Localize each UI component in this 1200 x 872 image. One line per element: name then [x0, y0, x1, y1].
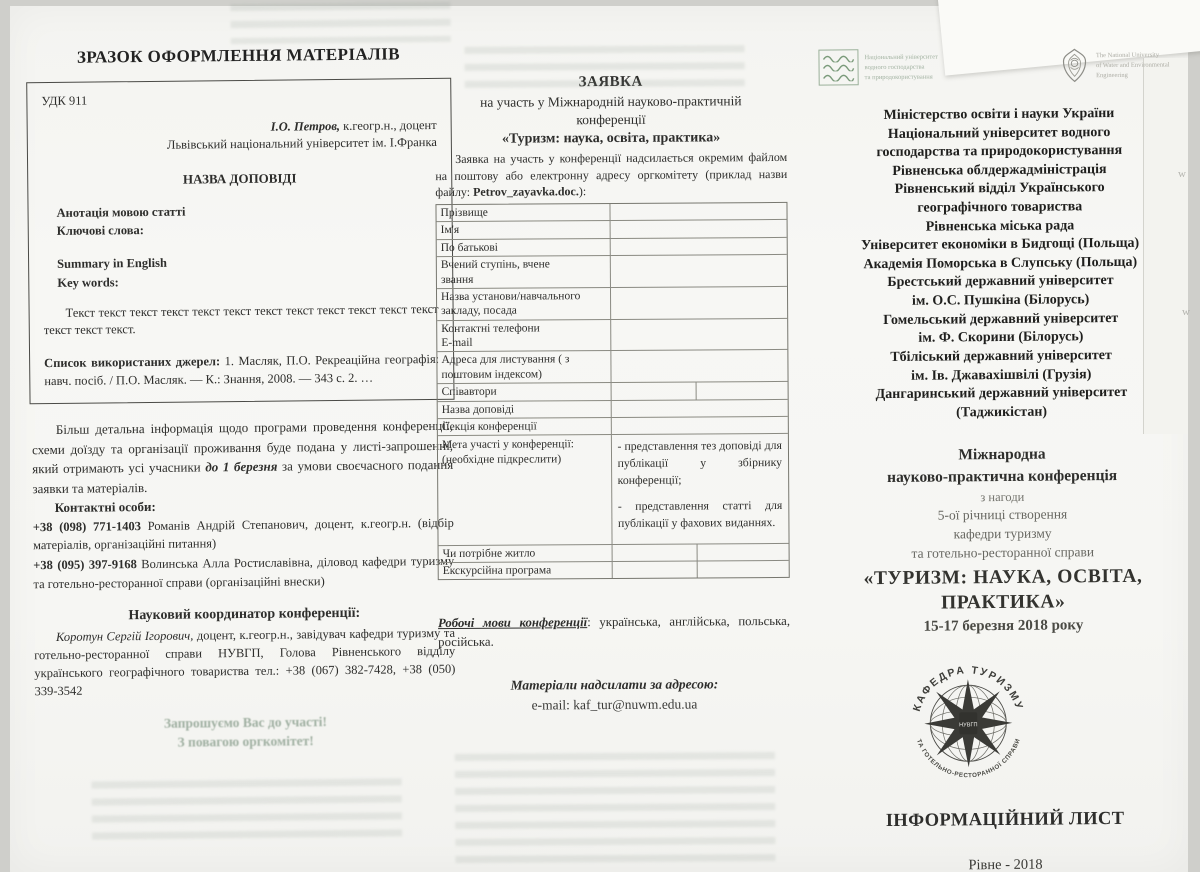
row-label-line2: закладу, посада: [441, 303, 606, 318]
conference-name: «Туризм: наука, освіта, практика»: [435, 130, 787, 148]
sample-author-name: І.О. Петров,: [271, 118, 340, 133]
seal-center-text: НУВГП: [959, 722, 977, 728]
scanned-leaflet: { "left": { "title": "ЗРАЗОК ОФОРМЛЕННЯ …: [0, 0, 1200, 872]
university-crest-icon: [1060, 47, 1090, 83]
organizers-list: Міністерство освіти і науки України Наці…: [805, 104, 1196, 424]
goal-options-cell: - представлення тез доповіді для публіка…: [611, 434, 788, 544]
row-label: По батькові: [437, 239, 611, 256]
row-label: Чи потрібне житло: [439, 545, 613, 562]
sample-references: Список використаних джерел: 1. Масляк, П…: [44, 350, 439, 392]
contact-phone: +38 (098) 771-1403: [33, 519, 141, 534]
application-form-panel: ЗАЯВКА на участь у Міжнародній науково-п…: [435, 45, 792, 864]
coordinator-info: Коротун Сергій Ігорович, доцент, к.геогр…: [34, 623, 456, 700]
row-label: Ім'я: [437, 221, 611, 238]
sample-author-degree: к.геогр.н., доцент: [340, 117, 437, 132]
sample-body-text: Текст текст текст текст текст текст текс…: [44, 301, 439, 340]
university-logo-en-caption: The National University of Water and Env…: [1096, 47, 1170, 81]
table-row-participation-goal: Мета участі у конференції: (необхідне пі…: [438, 433, 789, 545]
table-row: Назва установи/навчальногозакладу, посад…: [437, 286, 787, 320]
goal-option-2: - представлення статті для публікації у …: [618, 496, 783, 531]
contact-person: +38 (098) 771-1403 Романів Андрій Степан…: [33, 514, 454, 555]
table-row: Назва доповіді: [438, 398, 788, 418]
organizer-line: (Таджикістан): [808, 402, 1196, 424]
caption-line: of Water and Environmental: [1096, 60, 1170, 70]
invitation-line2: З повагою оргкомітет!: [33, 731, 458, 754]
university-logo-ua-group: Національний університет водного господа…: [818, 49, 938, 86]
sample-materials-title: ЗРАЗОК ОФОРМЛЕННЯ МАТЕРІАЛІВ: [26, 44, 451, 68]
water-waves-logo-icon: [818, 49, 858, 85]
row-label: Назва доповіді: [438, 401, 612, 418]
details-paragraph: Більш детальна інформація щодо програми …: [32, 416, 454, 498]
place-and-year: Рівне - 2018: [811, 856, 1199, 872]
application-subtitle: на участь у Міжнародній науково-практичн…: [435, 92, 787, 131]
information-letter-title: ІНФОРМАЦІЙНИЙ ЛИСТ: [811, 809, 1199, 833]
university-logo-en-group: The National University of Water and Env…: [1060, 47, 1170, 84]
row-label: Прізвище: [436, 204, 610, 221]
row-label-line1: Вчений ступінь, вчене: [441, 257, 606, 272]
coordinator-heading: Науковий координатор конференції:: [32, 604, 457, 624]
caption-line: водного господарства: [865, 62, 939, 72]
invitation-text: Запрошуємо Вас до участі! З повагою оргк…: [33, 712, 458, 754]
conference-title-line2: ПРАКТИКА»: [809, 588, 1197, 617]
bleed-through-text: [465, 45, 745, 91]
table-row: Чи потрібне житло: [439, 543, 789, 563]
bleed-through-text: [230, 2, 450, 44]
caption-line: Engineering: [1096, 70, 1170, 80]
row-value-cell: [610, 238, 787, 255]
row-label: Секція конференції: [438, 418, 612, 435]
table-row: Прізвище: [436, 203, 786, 222]
table-row: Ім'я: [437, 219, 787, 239]
caption-line: та природокористування: [865, 72, 939, 82]
coordinator-name: Коротун Сергій Ігорович,: [56, 628, 193, 643]
row-label: Мета участі у конференції: (необхідне пі…: [438, 435, 612, 545]
row-value-cell: [610, 255, 787, 287]
conference-title-block: Міжнародна науково-практична конференція…: [808, 443, 1198, 637]
row-label-line1: Назва установи/навчального: [441, 289, 606, 304]
department-seal: НУВГП КАФЕДРА ТУРИЗМУ ТА ГОТЕЛЬНО-РЕСТОР…: [902, 657, 1035, 790]
row-value-cell: [611, 399, 788, 416]
row-value-cell: [611, 417, 788, 434]
table-row: Вчений ступінь, вченезвання: [437, 254, 787, 288]
bleed-through-text: [91, 778, 402, 843]
conference-title-line1: «ТУРИЗМ: НАУКА, ОСВІТА,: [809, 563, 1197, 592]
goal-option-1: - представлення тез доповіді для публіка…: [617, 437, 782, 489]
row-label: Вчений ступінь, вченезвання: [437, 256, 611, 288]
bleed-through-text: [455, 752, 776, 864]
logos-row: Національний університет водного господа…: [804, 46, 1192, 101]
row-value-cell: [610, 203, 787, 220]
sample-keywords-en-label: Key words:: [57, 270, 438, 293]
table-row: Адреса для листування ( зпоштовим індекс…: [437, 349, 787, 383]
row-value-cell: [610, 220, 787, 237]
conference-main-title: «ТУРИЗМ: НАУКА, ОСВІТА, ПРАКТИКА»: [809, 563, 1197, 617]
udk-code: УДК 911: [41, 89, 436, 111]
row-label: Співавтори: [438, 383, 612, 400]
row-value-cell: [696, 382, 788, 399]
row-value-cell: [612, 544, 697, 561]
sample-materials-panel: ЗРАЗОК ОФОРМЛЕННЯ МАТЕРІАЛІВ УДК 911 І.О…: [26, 44, 459, 844]
row-label: Назва установи/навчальногозакладу, посад…: [437, 288, 611, 320]
languages-label: Робочі мови конференції: [438, 616, 587, 631]
row-label: Контактні телефониE-mail: [437, 320, 611, 352]
conference-dates: 15-17 березня 2018 року: [809, 617, 1197, 637]
row-value-cell: [611, 319, 788, 351]
row-label-line1: Контактні телефони: [441, 321, 606, 336]
subtitle-line1: на участь у Міжнародній науково-практичн…: [435, 92, 787, 112]
caption-line: The National University: [1096, 51, 1170, 61]
table-row: Контактні телефониE-mail: [437, 318, 787, 352]
university-logo-ua-caption: Національний університет водного господа…: [864, 49, 938, 83]
row-label: Адреса для листування ( зпоштовим індекс…: [437, 351, 611, 383]
intro-text-end: ):: [579, 184, 586, 198]
row-label-line1: Адреса для листування ( з: [441, 352, 606, 367]
contacts-heading: Контактні особи:: [55, 496, 456, 516]
row-value-cell: [612, 562, 697, 579]
sample-affiliation: Львівський національний університет ім. …: [42, 134, 437, 156]
table-row: По батькові: [437, 237, 787, 257]
table-row: Секція конференції: [438, 416, 788, 436]
application-table: Прізвище Ім'я По батькові Вчений ступінь…: [435, 202, 789, 581]
row-value-cell: [611, 350, 788, 382]
caption-line: Національний університет: [864, 53, 938, 63]
contact-phone: +38 (095) 397-9168: [33, 558, 137, 573]
sample-format-box: УДК 911 І.О. Петров, к.геогр.н., доцент …: [26, 78, 454, 405]
row-value-cell: [611, 383, 696, 400]
title-page-panel: Національний університет водного господа…: [804, 46, 1199, 872]
contact-email: e-mail: kaf_tur@nuwm.edu.ua: [438, 695, 790, 713]
row-label-line2: E-mail: [441, 335, 606, 350]
row-label-line2: звання: [441, 272, 606, 287]
goal-label-line2: (необхідне підкреслити): [442, 452, 607, 467]
row-value-cell: [697, 544, 789, 561]
references-label: Список використаних джерел:: [44, 354, 220, 370]
send-materials-heading: Матеріали надсилати за адресою:: [438, 675, 790, 693]
contact-person: +38 (095) 397-9168 Волинська Алла Ростис…: [33, 552, 454, 593]
deadline-date: до 1 березня: [205, 459, 277, 475]
sample-filename: Petrov_zayavka.doc.: [473, 184, 579, 199]
occasion-line: та готельно-ресторанної справи: [809, 542, 1197, 564]
row-label: Екскурсійна програма: [439, 562, 613, 579]
table-row: Екскурсійна програма: [439, 560, 789, 580]
row-label-line2: поштовим індексом): [441, 367, 606, 382]
application-intro: Заявка на участь у конференції надсилаєт…: [435, 149, 787, 200]
working-languages: Робочі мови конференції: українська, анг…: [438, 612, 790, 651]
row-value-cell: [697, 561, 789, 578]
table-row: Співавтори: [438, 381, 788, 401]
goal-label-line1: Мета участі у конференції:: [442, 437, 607, 452]
row-value-cell: [610, 287, 787, 319]
sample-report-title: НАЗВА ДОПОВІДІ: [42, 167, 437, 189]
subtitle-line2: конференції: [435, 110, 787, 130]
